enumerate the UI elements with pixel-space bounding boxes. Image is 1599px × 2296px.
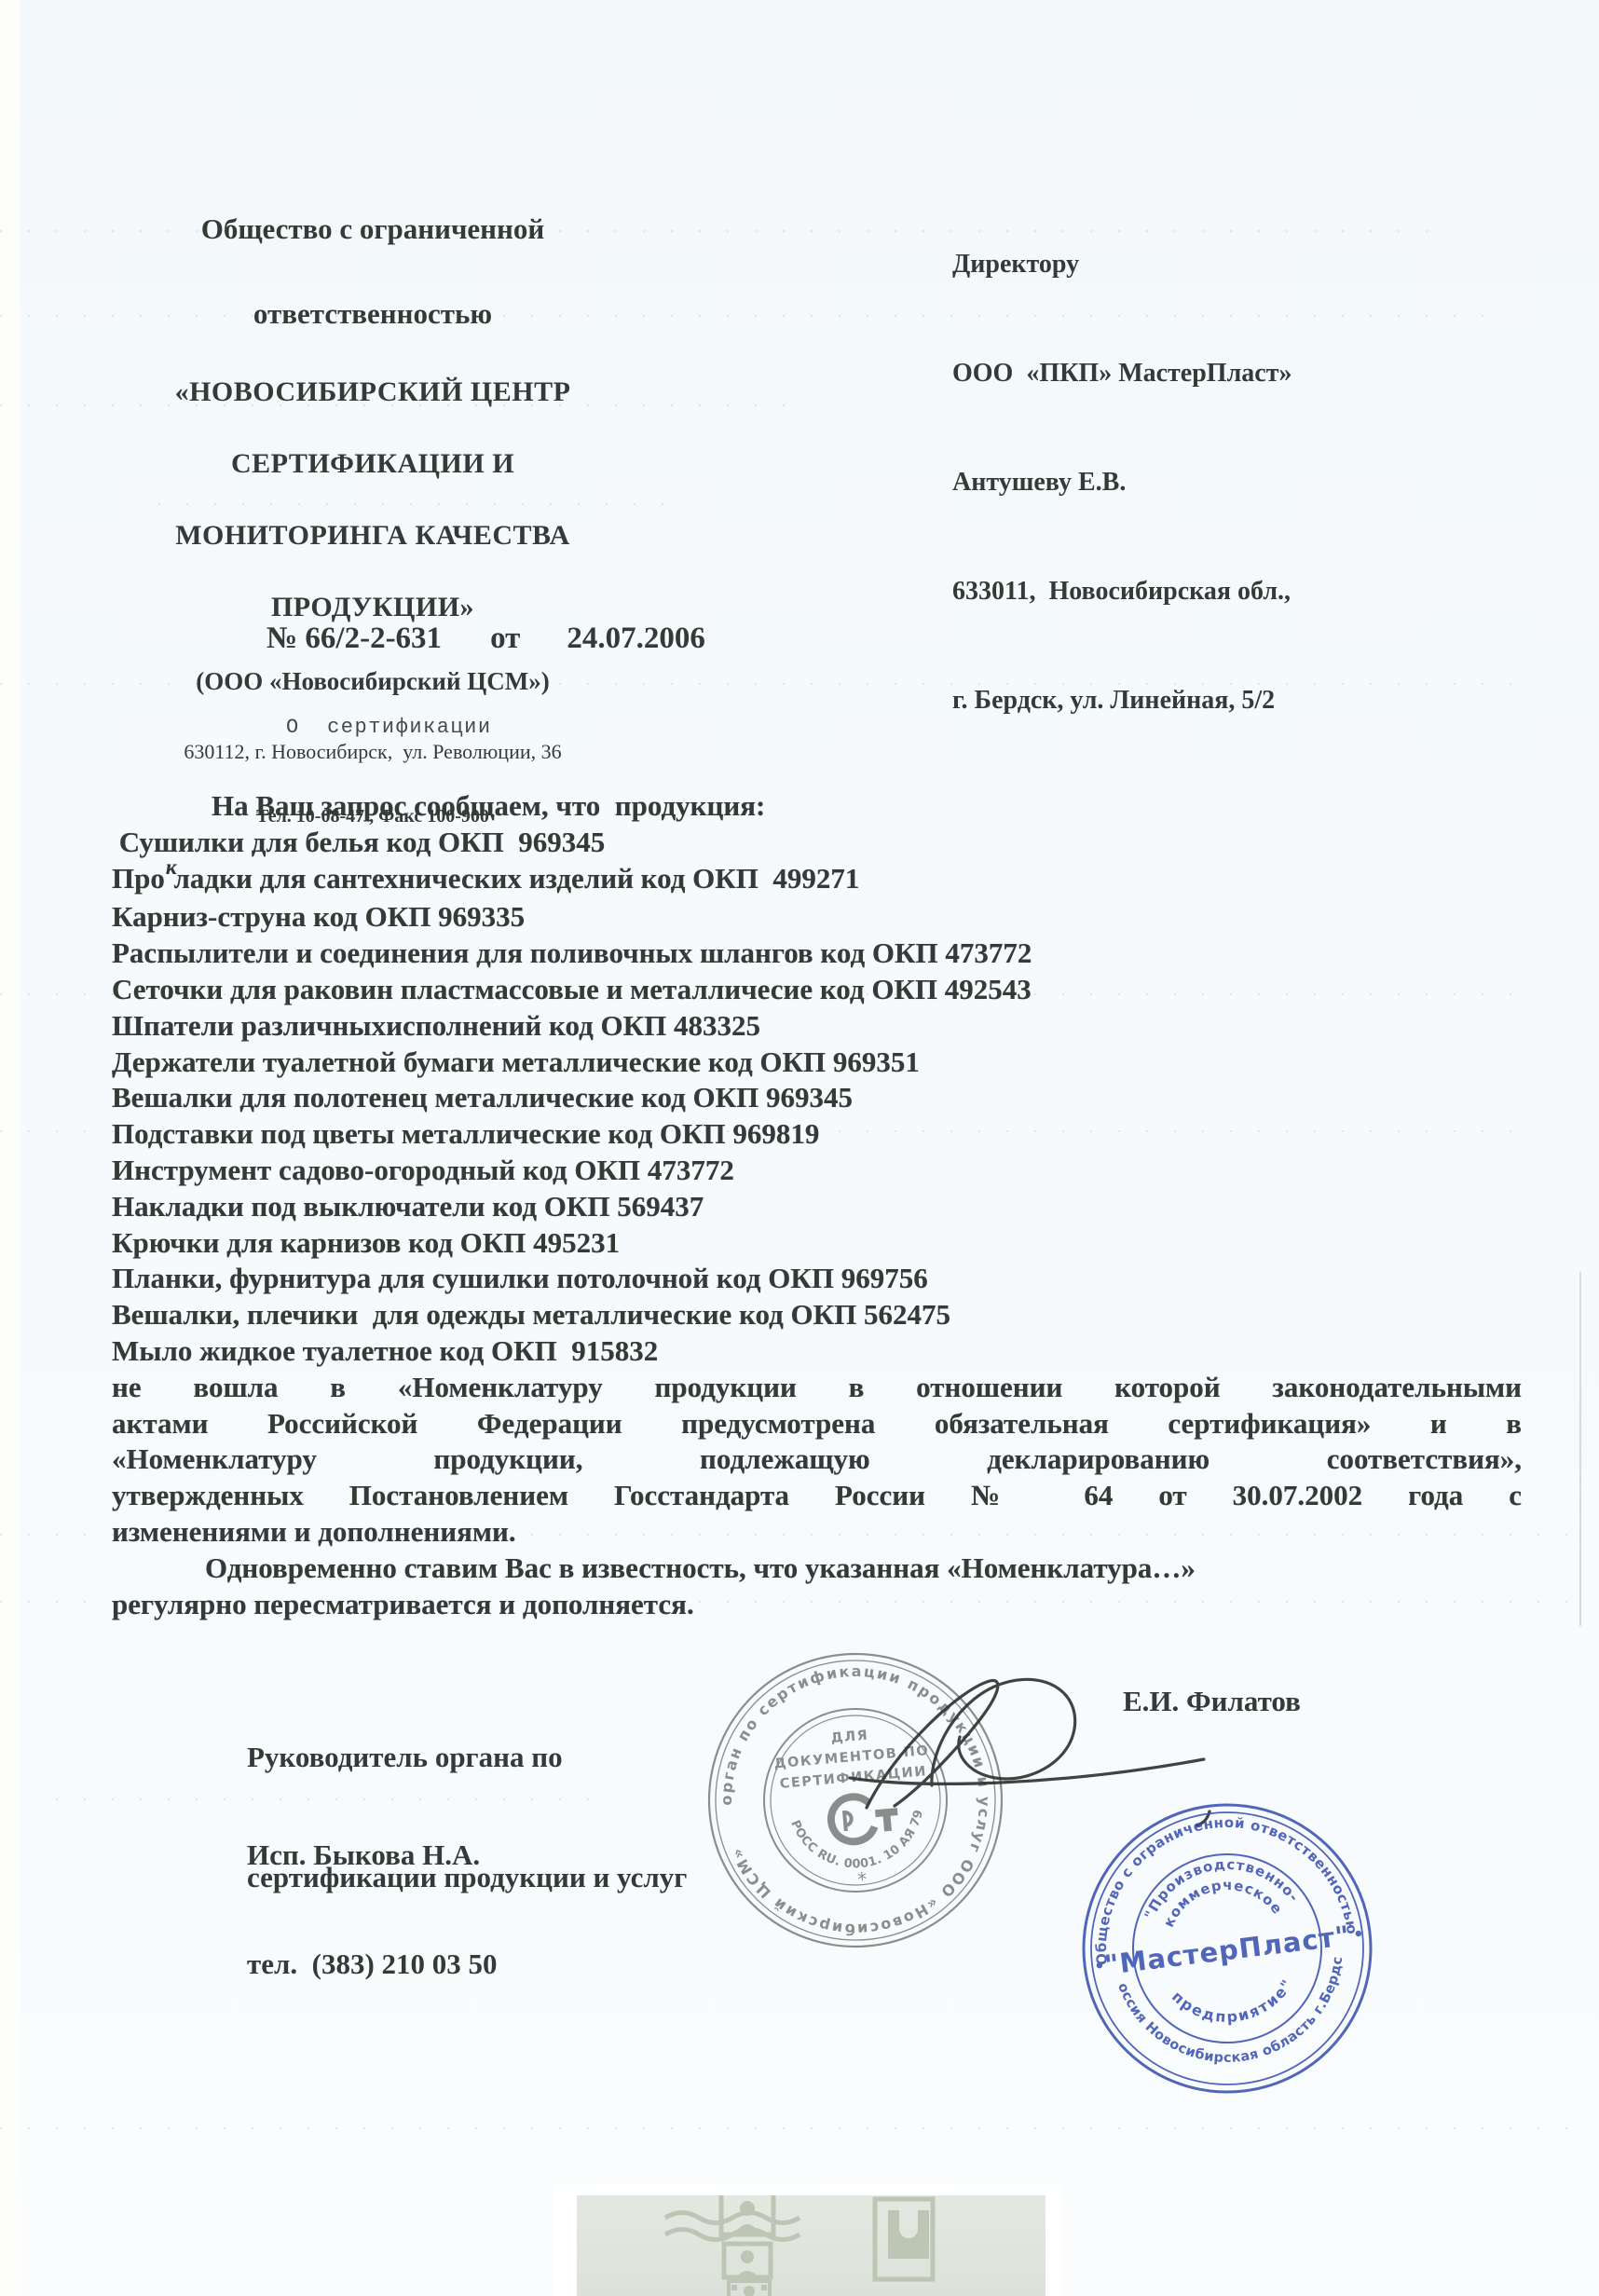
reference-date: 24.07.2006 [567,622,705,655]
product-list-item: Шпатели различныхисполнений код ОКП 4833… [112,1008,1522,1045]
paragraph-line: не вошла в «Номенклатуру продукции в отн… [112,1370,1522,1406]
stamp-inner-top-text2: коммерческое [1155,1869,1287,1932]
sender-line: МОНИТОРИНГА КАЧЕСТВА [140,516,606,554]
recipient-line: ООО «ПКП» МастерПласт» [952,355,1418,391]
product-list: Сушилки для белья код ОКП 969345Прокладк… [112,825,1522,1370]
stamp-company-name: "МастерПласт" [1103,1920,1352,1981]
sender-line: СЕРТИФИКАЦИИ И [140,444,606,483]
recipient-line: Антушеву Е.В. [952,464,1418,500]
stamp-separator: • [1093,1956,1106,1976]
scanned-letter-page: Общество с ограниченной ответственностью… [0,0,1599,2296]
scan-artifact-inner [577,2195,1045,2296]
product-list-item: Распылители и соединения для поливочных … [112,936,1522,972]
sender-line: Общество с ограниченной [140,203,606,254]
svg-text:предприятие": предприятие" [1167,1974,1301,2033]
stamp-asterisk: * [856,1867,868,1891]
paragraph-line: Одновременно ставим Вас в известность, ч… [112,1551,1522,1587]
product-list-item: Сушилки для белья код ОКП 969345 [112,825,1522,861]
reference-line: № 66/2-2-631от24.07.2006 [236,587,705,690]
executor-block: Исп. Быкова Н.А. тел. (383) 210 03 50 [247,1764,498,2055]
scan-artifact [553,2184,1062,2296]
filmstrip-icon [665,2195,799,2296]
scan-noise-line [0,2127,1575,2129]
recipient-block: Директору ООО «ПКП» МастерПласт» Антушев… [952,173,1418,791]
paragraph-line: актами Российской Федерации предусмотрен… [112,1406,1522,1442]
stamp-inner-top-text: "Производственно- [1135,1847,1304,1923]
recipient-line: 633011, Новосибирская обл., [952,573,1418,609]
sender-address: 630112, г. Новосибирск, ул. Революции, 3… [140,736,606,768]
product-list-item: Прокладки для сантехнических изделий код… [112,861,1522,900]
stamp-inner-bottom-text: предприятие" [1167,1974,1301,2033]
sender-line: «НОВОСИБИРСКИЙ ЦЕНТР [140,373,606,411]
product-list-item: Сеточки для раковин пластмассовые и мета… [112,972,1522,1008]
product-list-item: Мыло жидкое туалетное код ОКП 915832 [112,1333,1522,1370]
product-list-item: Подставки под цветы металлические код ОК… [112,1116,1522,1153]
document-icon [875,2199,933,2279]
svg-text:коммерческое: коммерческое [1155,1869,1287,1932]
product-list-item: Планки, фурнитура для сушилки потолочной… [112,1261,1522,1297]
scan-edge-line [1579,1272,1581,1626]
paragraph-notice: Одновременно ставим Вас в известность, ч… [112,1551,1522,1623]
paragraph-nomenclature: не вошла в «Номенклатуру продукции в отн… [112,1370,1522,1551]
product-list-item: Накладки под выключатели код ОКП 569437 [112,1189,1522,1225]
handwritten-signature [839,1647,1230,1843]
handwritten-correction: к [166,855,177,879]
subject-line: О сертификации [286,716,492,739]
sender-line: ответственностью [140,288,606,339]
scan-artifact-graphics [577,2195,1045,2296]
product-list-item: Карниз-струна код ОКП 969335 [112,899,1522,936]
sender-block: Общество с ограниченной ответственностью… [140,170,606,865]
recipient-line: г. Бердск, ул. Линейная, 5/2 [952,682,1418,718]
paragraph-line: утвержденных Постановлением Госстандарта… [112,1478,1522,1514]
product-list-item: Вешалки, плечики для одежды металлически… [112,1297,1522,1333]
product-list-item: Крючки для карнизов код ОКП 495231 [112,1225,1522,1262]
svg-text:"Производственно-: "Производственно- [1135,1847,1304,1923]
product-list-item: Держатели туалетной бумаги металлические… [112,1045,1522,1081]
product-list-item: Инструмент садово-огородный код ОКП 4737… [112,1153,1522,1189]
stamp-separator: • [1352,1924,1365,1945]
executor-phone: тел. (383) 210 03 50 [247,1946,498,1982]
recipient-line: Директору [952,246,1418,282]
paragraph-line: изменениями и дополнениями. [112,1514,1522,1551]
letter-body: На Ваш запрос сообщаем, что продукция: С… [112,788,1522,1622]
reference-preposition: от [490,622,520,655]
paragraph-line: «Номенклатуру продукции, подлежащую декл… [112,1442,1522,1478]
body-intro: На Ваш запрос сообщаем, что продукция: [112,788,1522,825]
paragraph-line: регулярно пересматривается и дополняется… [112,1587,1522,1623]
executor-name: Исп. Быкова Н.А. [247,1837,498,1873]
reference-number: № 66/2-2-631 [266,622,442,655]
product-list-item: Вешалки для полотенец металлические код … [112,1080,1522,1116]
